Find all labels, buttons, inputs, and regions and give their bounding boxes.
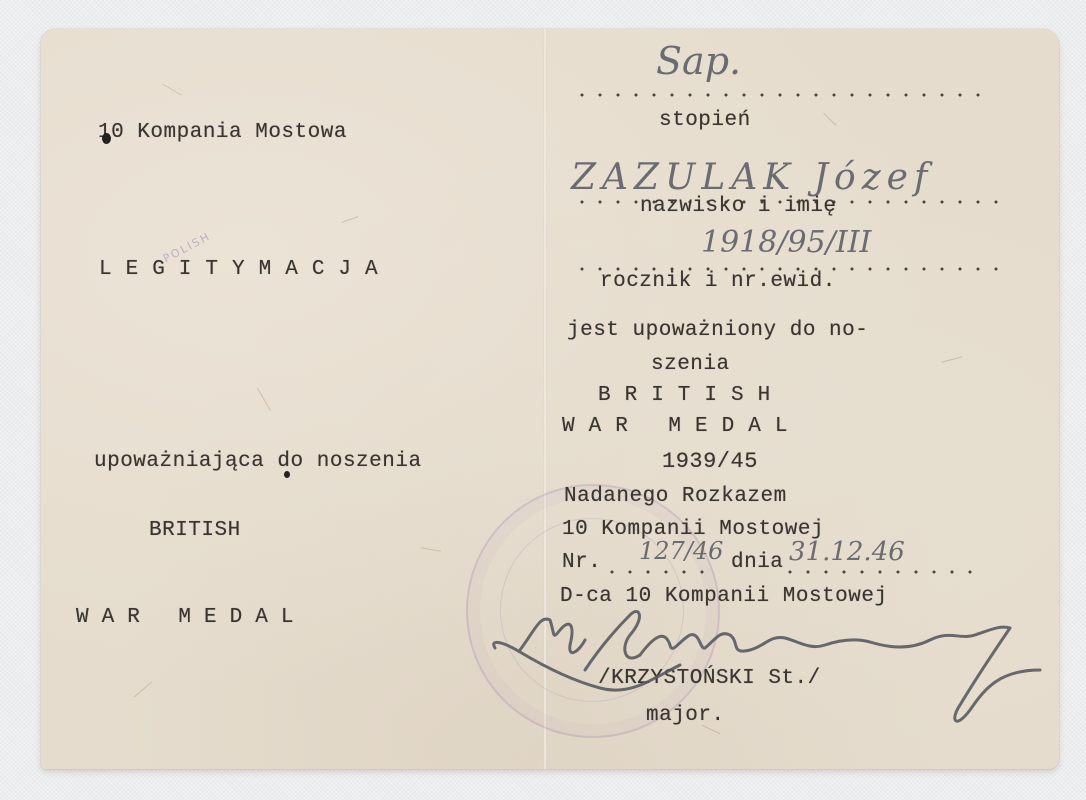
order-date-dots	[781, 570, 981, 574]
rank-label: stopień	[659, 109, 751, 132]
signature-icon	[480, 610, 1060, 750]
authorization-text: upoważniająca do noszenia	[94, 450, 422, 473]
authorized-text-line1: jest upoważniony do no-	[567, 319, 868, 342]
medal-name-line2: WAR MEDAL	[76, 606, 306, 629]
document-heading: LEGITYMACJA	[99, 258, 392, 281]
year-handwritten: 1918/95/III	[701, 225, 871, 260]
paper-fiber	[941, 356, 963, 363]
order-number-dots	[603, 570, 713, 574]
order-date-label: dnia	[731, 551, 783, 574]
right-medal-name-line1: BRITISH	[598, 384, 784, 407]
rank-handwritten: Sap.	[656, 39, 741, 83]
order-number-handwritten: 127/46	[639, 537, 723, 565]
unit-name: 10 Kompania Mostowa	[98, 121, 347, 144]
ink-blot	[102, 133, 111, 144]
right-medal-name-line2: WAR MEDAL	[562, 415, 801, 438]
order-number-label: Nr.	[562, 551, 601, 574]
paper-fiber	[823, 113, 836, 126]
commander-line: D-ca 10 Kompanii Mostowej	[560, 585, 888, 608]
medal-years: 1939/45	[662, 449, 758, 474]
name-handwritten: ZAZULAK Józef	[571, 157, 933, 198]
medal-name-line1: BRITISH	[149, 519, 241, 542]
paper-fiber	[257, 388, 271, 411]
order-text-line1: Nadanego Rozkazem	[564, 485, 787, 508]
paper-fiber	[341, 216, 358, 223]
paper-fiber	[162, 84, 182, 96]
year-label: rocznik i nr.ewid.	[600, 270, 836, 293]
order-date-handwritten: 31.12.46	[789, 537, 905, 567]
paper-fiber	[421, 547, 441, 551]
name-label: nazwisko i imię	[640, 195, 837, 218]
authorized-text-line2: szenia	[651, 353, 730, 376]
paper-fiber	[133, 681, 152, 697]
rank-dotted-line	[573, 93, 993, 97]
ink-blot	[284, 471, 290, 478]
